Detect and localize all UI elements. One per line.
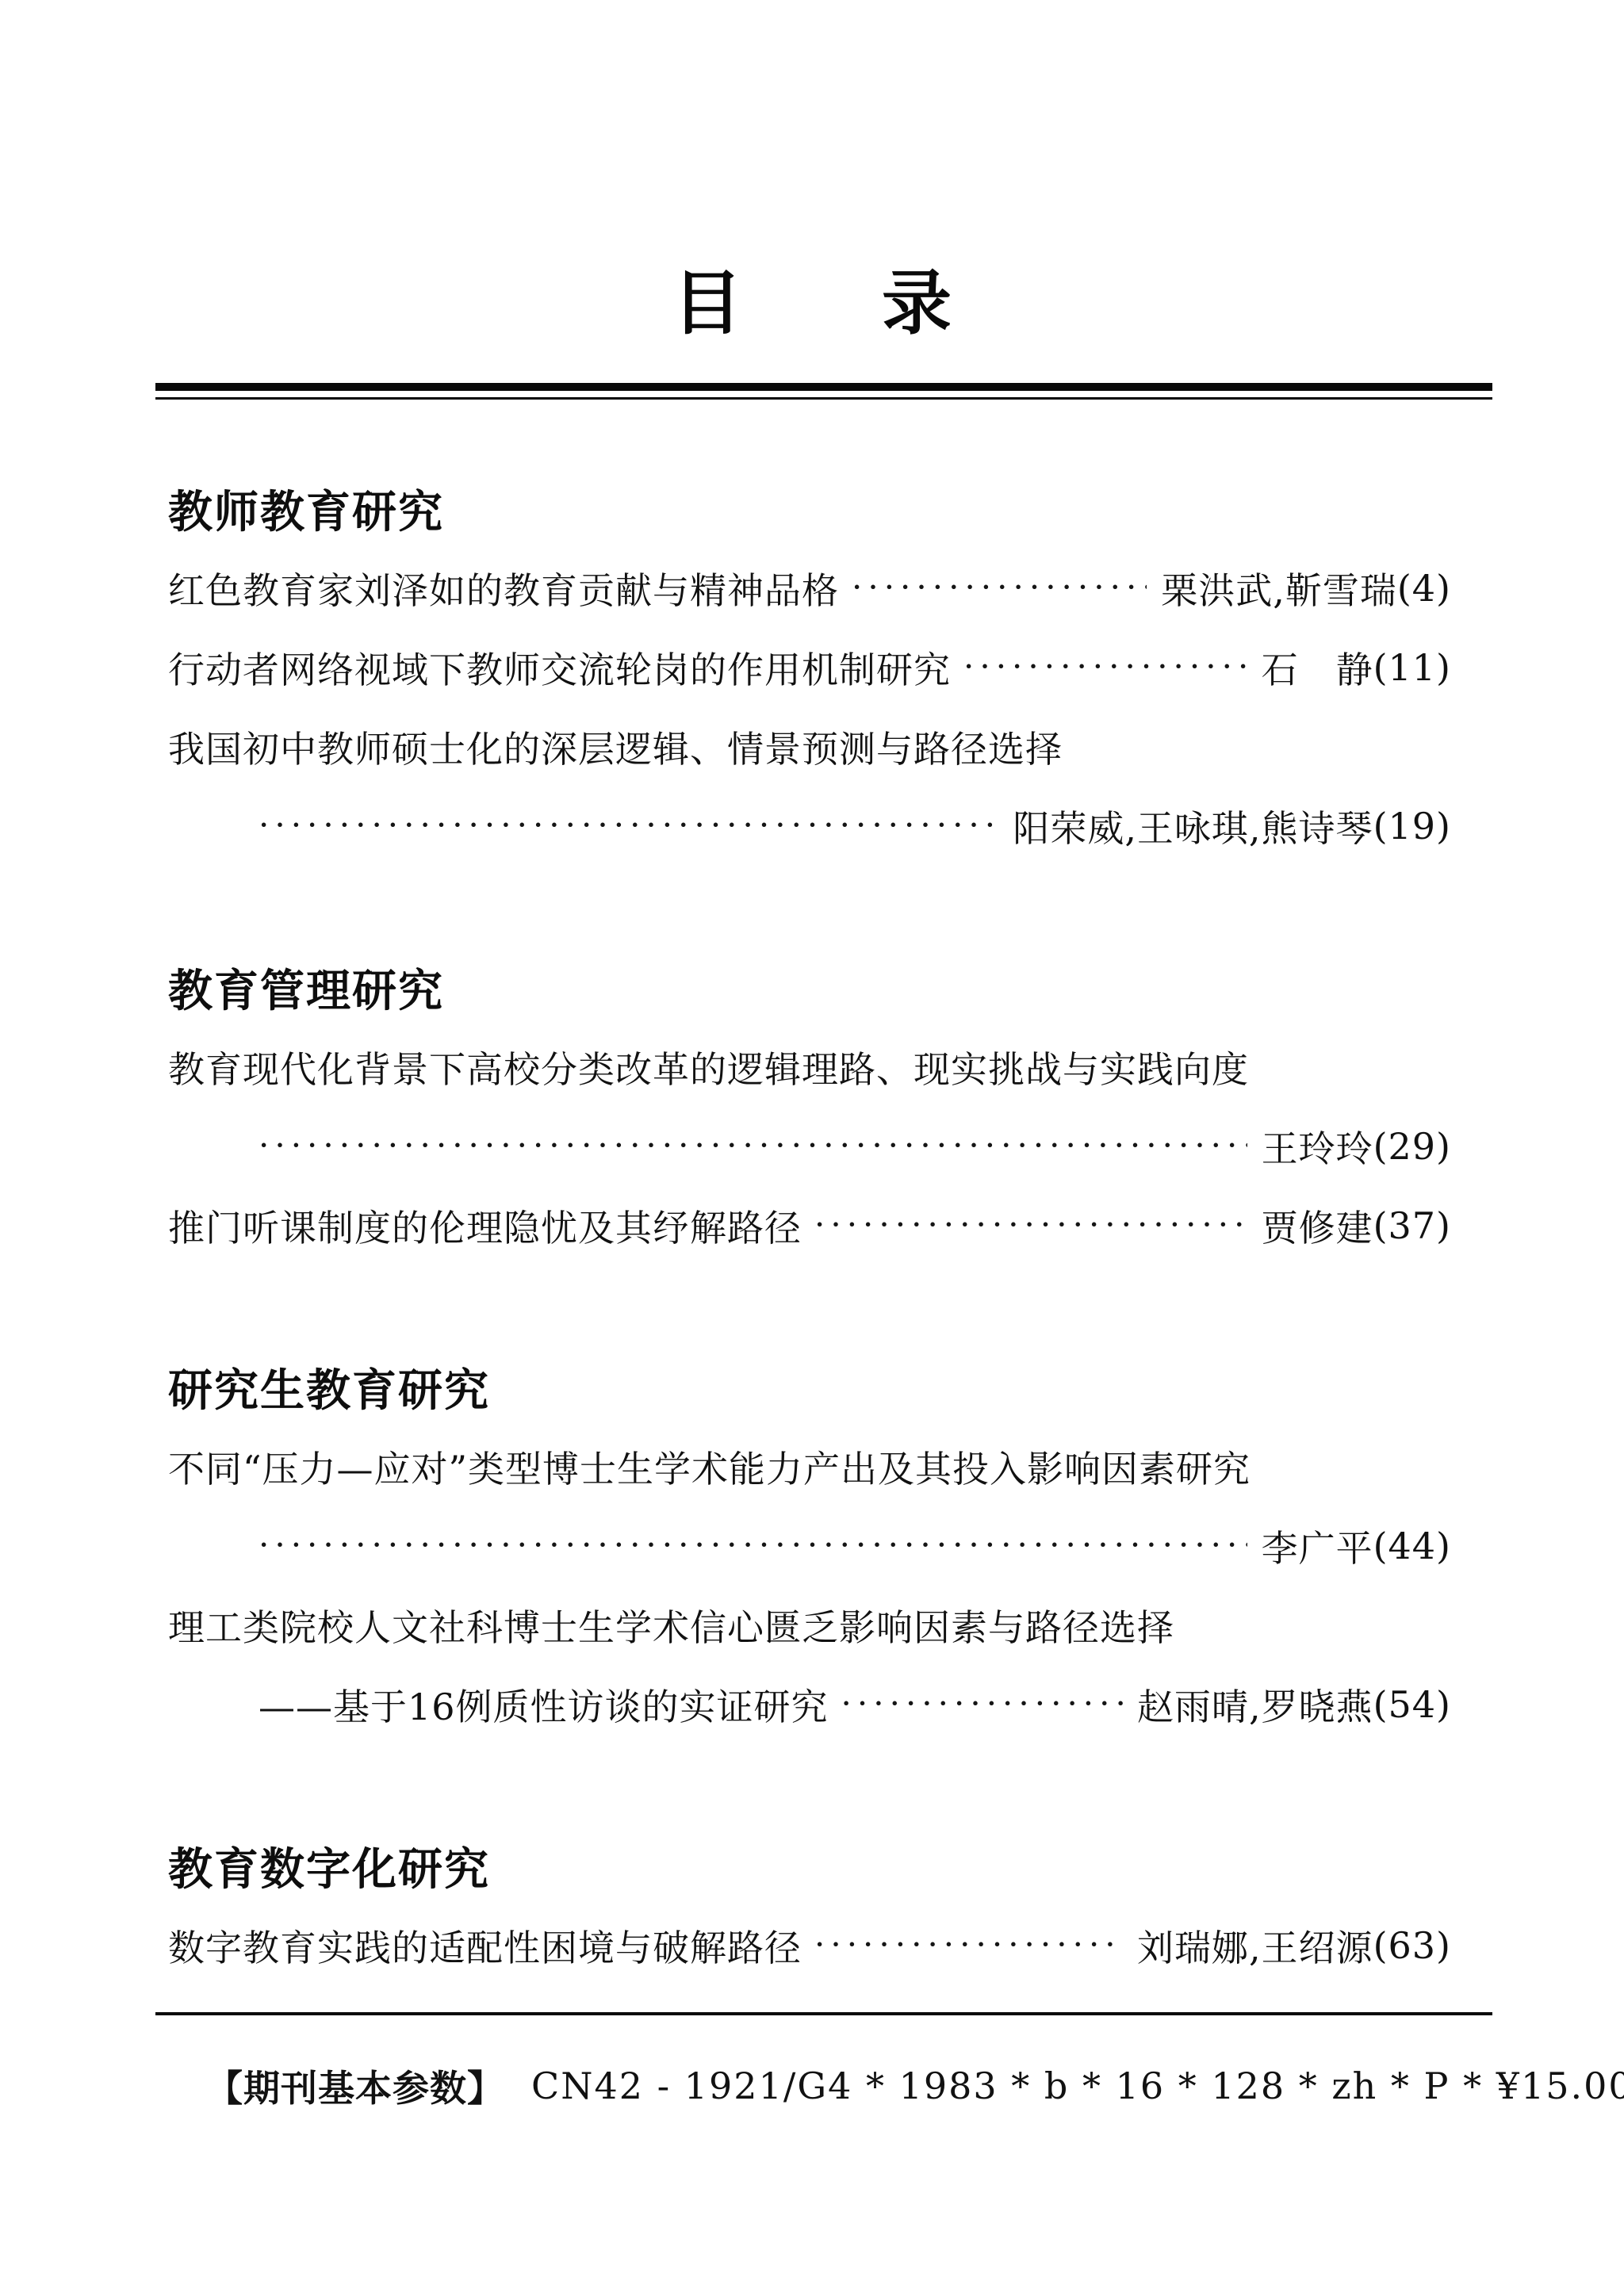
entry-authors: 石 静 <box>1247 641 1373 694</box>
journal-params-label: 【期刊基本参数】 <box>206 2060 504 2112</box>
footer-divider <box>155 2012 1492 2015</box>
section-heading-row: 教师教育研究 <box>168 469 1451 549</box>
section-heading: 研究生教育研究 <box>168 1356 490 1419</box>
entry-row: 教育现代化背景下高校分类改革的逻辑理路、现实挑战与实践向度 <box>168 1027 1451 1107</box>
entry-title: 数字教育实践的适配性困境与破解路径 <box>168 1919 814 1972</box>
entry-page: (63) <box>1373 1924 1451 1967</box>
entry-row: 行动者网络视域下教师交流轮岗的作用机制研究 ··················… <box>168 628 1451 707</box>
entry-title: 理工类院校人文社科博士生学术信心匮乏影响因素与路径选择 <box>168 1599 1187 1651</box>
entry-row: 数字教育实践的适配性困境与破解路径 ······················… <box>168 1906 1451 1985</box>
page-title: 目 录 <box>0 0 1624 343</box>
entry-page: (37) <box>1373 1204 1451 1247</box>
entry-continuation-row: ········································… <box>168 1107 1451 1186</box>
entry-page: (44) <box>1373 1525 1451 1567</box>
journal-params-row: 【期刊基本参数】 CN42 - 1921/G4 * 1983 * b * 16 … <box>168 2060 1451 2112</box>
section-heading-row: 研究生教育研究 <box>168 1348 1451 1427</box>
entry-page: (4) <box>1397 567 1451 610</box>
section-graduate-education: 研究生教育研究 不同“压力—应对”类型博士生学术能力产出及其投入影响因素研究 ·… <box>168 1348 1451 1744</box>
entry-row: 理工类院校人文社科博士生学术信心匮乏影响因素与路径选择 <box>168 1586 1451 1665</box>
entry-row: 红色教育家刘泽如的教育贡献与精神品格 ·····················… <box>168 549 1451 628</box>
leader-dots: ········································… <box>814 1925 1123 1964</box>
toc-content: 教师教育研究 红色教育家刘泽如的教育贡献与精神品格 ··············… <box>168 469 1451 1985</box>
leader-dots: ········································… <box>814 1205 1247 1244</box>
leader-dots: ········································… <box>963 647 1247 686</box>
section-education-management: 教育管理研究 教育现代化背景下高校分类改革的逻辑理路、现实挑战与实践向度 ···… <box>168 948 1451 1265</box>
entry-row: 不同“压力—应对”类型博士生学术能力产出及其投入影响因素研究 <box>168 1427 1451 1506</box>
entry-row: 推门听课制度的伦理隐忧及其纾解路径 ······················… <box>168 1186 1451 1265</box>
toc-page: 目 录 教师教育研究 红色教育家刘泽如的教育贡献与精神品格 ··········… <box>0 0 1624 2296</box>
entry-title: 我国初中教师硕士化的深层逻辑、情景预测与路径选择 <box>168 721 1075 773</box>
section-heading: 教师教育研究 <box>168 477 444 541</box>
entry-authors: 赵雨晴,罗晓燕 <box>1123 1678 1373 1731</box>
entry-page: (11) <box>1373 646 1451 689</box>
entry-authors: 栗洪武,靳雪瑞 <box>1147 562 1397 614</box>
leader-dots: ········································… <box>259 806 998 844</box>
leader-dots: ········································… <box>259 1126 1247 1165</box>
entry-continuation-row: ········································… <box>168 1506 1451 1586</box>
entry-subtitle: ——基于16例质性访谈的实证研究 <box>259 1678 841 1731</box>
entry-title: 不同“压力—应对”类型博士生学术能力产出及其投入影响因素研究 <box>168 1441 1263 1493</box>
entry-title: 教育现代化背景下高校分类改革的逻辑理路、现实挑战与实践向度 <box>168 1041 1262 1093</box>
entry-continuation-row: ········································… <box>168 786 1451 866</box>
entry-authors: 贾修建 <box>1247 1200 1373 1252</box>
entry-continuation-row: ——基于16例质性访谈的实证研究 ·······················… <box>168 1665 1451 1744</box>
section-heading-row: 教育数字化研究 <box>168 1827 1451 1906</box>
entry-title: 红色教育家刘泽如的教育贡献与精神品格 <box>168 562 852 614</box>
section-heading-row: 教育管理研究 <box>168 948 1451 1027</box>
entry-authors: 阳荣威,王咏琪,熊诗琴 <box>998 800 1373 852</box>
entry-title: 行动者网络视域下教师交流轮岗的作用机制研究 <box>168 641 963 694</box>
section-education-digitalization: 教育数字化研究 数字教育实践的适配性困境与破解路径 ··············… <box>168 1827 1451 1985</box>
entry-title: 推门听课制度的伦理隐忧及其纾解路径 <box>168 1200 814 1252</box>
title-divider <box>155 383 1492 400</box>
leader-dots: ········································… <box>841 1684 1123 1723</box>
entry-page: (19) <box>1373 805 1451 848</box>
entry-page: (54) <box>1373 1683 1451 1726</box>
section-heading: 教育管理研究 <box>168 956 444 1020</box>
section-teacher-education: 教师教育研究 红色教育家刘泽如的教育贡献与精神品格 ··············… <box>168 469 1451 866</box>
leader-dots: ········································… <box>259 1525 1247 1564</box>
entry-authors: 王玲玲 <box>1247 1120 1373 1173</box>
entry-row: 我国初中教师硕士化的深层逻辑、情景预测与路径选择 <box>168 707 1451 786</box>
entry-authors: 李广平 <box>1247 1520 1373 1572</box>
leader-dots: ········································… <box>852 568 1147 607</box>
journal-params-value: CN42 - 1921/G4 * 1983 * b * 16 * 128 * z… <box>504 2064 1624 2107</box>
entry-authors: 刘瑞娜,王绍源 <box>1123 1919 1373 1972</box>
entry-page: (29) <box>1373 1125 1451 1168</box>
section-heading: 教育数字化研究 <box>168 1835 490 1898</box>
